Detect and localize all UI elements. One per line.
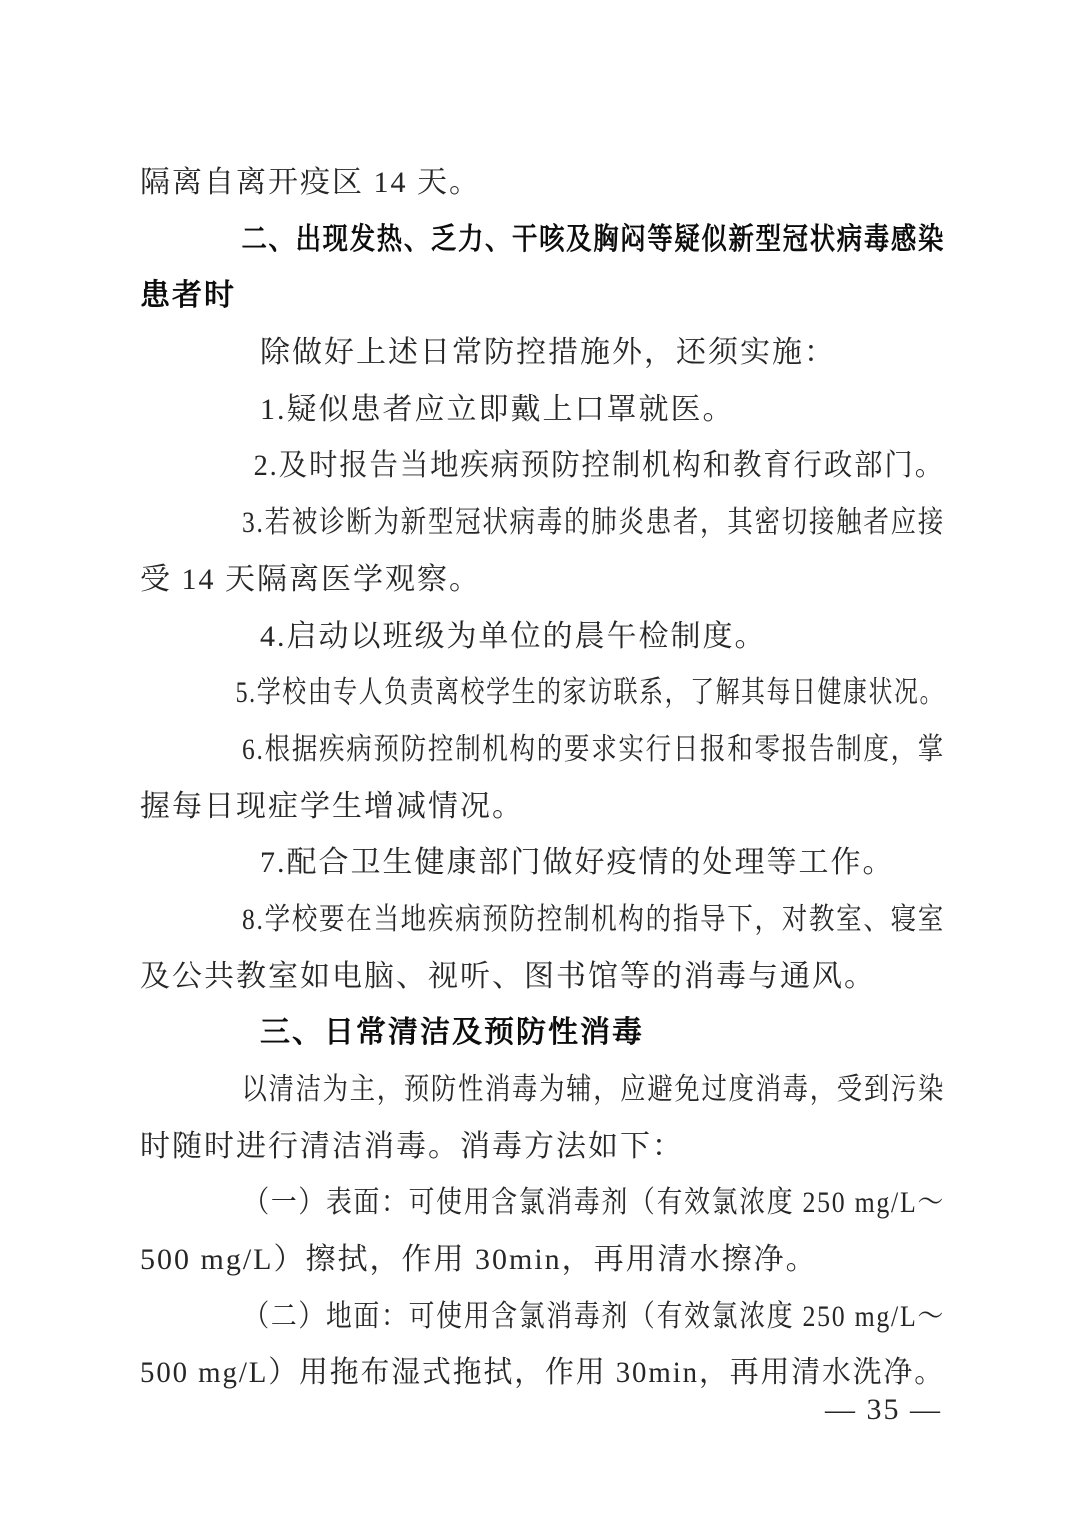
document-line: 以清洁为主，预防性消毒为辅，应避免过度消毒，受到污染 (140, 1062, 821, 1119)
document-line: 患者时 (140, 268, 945, 325)
line-text: 以清洁为主，预防性消毒为辅，应避免过度消毒，受到污染 (191, 1062, 945, 1119)
document-line: 时随时进行清洁消毒。消毒方法如下： (140, 1119, 945, 1176)
document-line: 3.若被诊断为新型冠状病毒的肺炎患者，其密切接触者应接 (140, 495, 825, 552)
document-page: 隔离自离开疫区 14 天。 二、出现发热、乏力、干咳及胸闷等疑似新型冠状病毒感染… (0, 0, 1080, 1527)
document-line: 5.学校由专人负责离校学生的家访联系，了解其每日健康状况。 (140, 665, 781, 722)
document-line: 4.启动以班级为单位的晨午检制度。 (140, 609, 945, 666)
page-number: — 35 — (825, 1392, 942, 1428)
document-line: 三、日常清洁及预防性消毒 (140, 1005, 945, 1062)
document-line: 1.疑似患者应立即戴上口罩就医。 (140, 382, 945, 439)
document-line: 二、出现发热、乏力、干咳及胸闷等疑似新型冠状病毒感染 (140, 212, 821, 269)
line-text: 7.配合卫生健康部门做好疫情的处理等工作。 (200, 835, 895, 892)
line-text: 5.学校由专人负责离校学生的家访联系，了解其每日健康状况。 (188, 665, 945, 722)
line-text: （二）地面：可使用含氯消毒剂（有效氯浓度 250 mg/L～ (192, 1289, 945, 1346)
line-text: 二、出现发热、乏力、干咳及胸闷等疑似新型冠状病毒感染 (191, 212, 945, 269)
document-line: 隔离自离开疫区 14 天。 (140, 155, 945, 212)
line-text: 除做好上述日常防控措施外，还须实施： (200, 325, 836, 382)
document-body: 隔离自离开疫区 14 天。 二、出现发热、乏力、干咳及胸闷等疑似新型冠状病毒感染… (140, 155, 945, 1402)
line-text: 三、日常清洁及预防性消毒 (200, 1005, 644, 1062)
line-text: 8.学校要在当地疾病预防控制机构的指导下，对教室、寝室 (191, 892, 945, 949)
document-line: 8.学校要在当地疾病预防控制机构的指导下，对教室、寝室 (140, 892, 825, 949)
document-line: 2.及时报告当地疾病预防控制机构和教育行政部门。 (140, 438, 902, 495)
line-text: 2.及时报告当地疾病预防控制机构和教育行政部门。 (197, 438, 945, 495)
line-text: 4.启动以班级为单位的晨午检制度。 (200, 609, 767, 666)
document-line: 500 mg/L）用拖布湿式拖拭，作用 30min，再用清水洗净。 (140, 1345, 914, 1402)
line-text: 1.疑似患者应立即戴上口罩就医。 (200, 382, 735, 439)
line-text: 3.若被诊断为新型冠状病毒的肺炎患者，其密切接触者应接 (191, 495, 945, 552)
line-text: 500 mg/L）擦拭，作用 30min，再用清水擦净。 (140, 1232, 818, 1289)
line-text: 患者时 (140, 268, 236, 325)
line-text: 受 14 天隔离医学观察。 (140, 552, 481, 609)
document-line: 受 14 天隔离医学观察。 (140, 552, 945, 609)
line-text: （一）表面：可使用含氯消毒剂（有效氯浓度 250 mg/L～ (192, 1175, 945, 1232)
document-line: 及公共教室如电脑、视听、图书馆等的消毒与通风。 (140, 949, 945, 1006)
document-line: 除做好上述日常防控措施外，还须实施： (140, 325, 945, 382)
document-line: 6.根据疾病预防控制机构的要求实行日报和零报告制度，掌 (140, 722, 825, 779)
document-line: 500 mg/L）擦拭，作用 30min，再用清水擦净。 (140, 1232, 945, 1289)
document-line: （一）表面：可使用含氯消毒剂（有效氯浓度 250 mg/L～ (140, 1175, 833, 1232)
line-text: 握每日现症学生增减情况。 (140, 779, 524, 836)
line-text: 6.根据疾病预防控制机构的要求实行日报和零报告制度，掌 (191, 722, 945, 779)
line-text: 时随时进行清洁消毒。消毒方法如下： (140, 1119, 684, 1176)
document-line: 7.配合卫生健康部门做好疫情的处理等工作。 (140, 835, 945, 892)
line-text: 及公共教室如电脑、视听、图书馆等的消毒与通风。 (140, 949, 876, 1006)
line-text: 隔离自离开疫区 14 天。 (140, 155, 481, 212)
document-line: 握每日现症学生增减情况。 (140, 779, 945, 836)
document-line: （二）地面：可使用含氯消毒剂（有效氯浓度 250 mg/L～ (140, 1289, 833, 1346)
